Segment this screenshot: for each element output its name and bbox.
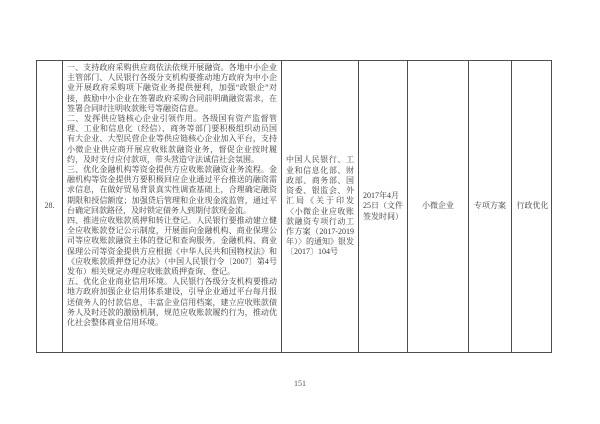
page-number: 151 (0, 379, 600, 388)
category-cell: 行政优化 (512, 61, 553, 352)
beneficiary-cell: 小微企业 (408, 61, 469, 352)
issue-date-cell: 2017年4月25日（文件签发时间） (359, 61, 408, 352)
measure-paragraph-2: 二、发挥供应链核心企业引领作用。各级国有资产监督管理、工业和信息化（经信）、商务… (67, 114, 277, 165)
policy-document-cell: 中国人民银行、工业和信息化部、财政部、商务部、国资委、银监会、外汇局《关于印发〈… (282, 61, 359, 352)
plan-type-text: 专项方案 (474, 201, 506, 211)
policy-measures-table: 28. 一、支持政府采购供应商依法依规开展融资。各地中小企业主管部门、人民银行各… (36, 60, 552, 353)
measures-cell: 一、支持政府采购供应商依法依规开展融资。各地中小企业主管部门、人民银行各级分支机… (63, 61, 282, 352)
policy-document-text: 中国人民银行、工业和信息化部、财政部、商务部、国资委、银监会、外汇局《关于印发〈… (286, 155, 354, 257)
category-text: 行政优化 (517, 201, 549, 211)
plan-type-cell: 专项方案 (469, 61, 512, 352)
measure-paragraph-1: 一、支持政府采购供应商依法依规开展融资。各地中小企业主管部门、人民银行各级分支机… (67, 63, 277, 114)
measure-paragraph-5: 五、优化企业商业信用环境。人民银行各级分支机构要推动地方政府加强企业信用体系建设… (67, 277, 277, 328)
issue-date-text: 2017年4月25日（文件签发时间） (363, 191, 403, 222)
row-number: 28. (45, 201, 55, 211)
document-page: { "page": { "number": "151" }, "table": … (0, 0, 600, 424)
row-number-cell: 28. (37, 61, 63, 352)
measure-paragraph-4: 四、推进应收账款质押和转让登记。人民银行要推动建立健全应收账款登记公示制度，开展… (67, 216, 277, 277)
measure-paragraph-3: 三、优化金融机构等资金提供方应收账款融资业务流程。金融机构等资金提供方要积极回应… (67, 165, 277, 216)
beneficiary-text: 小微企业 (422, 201, 454, 211)
